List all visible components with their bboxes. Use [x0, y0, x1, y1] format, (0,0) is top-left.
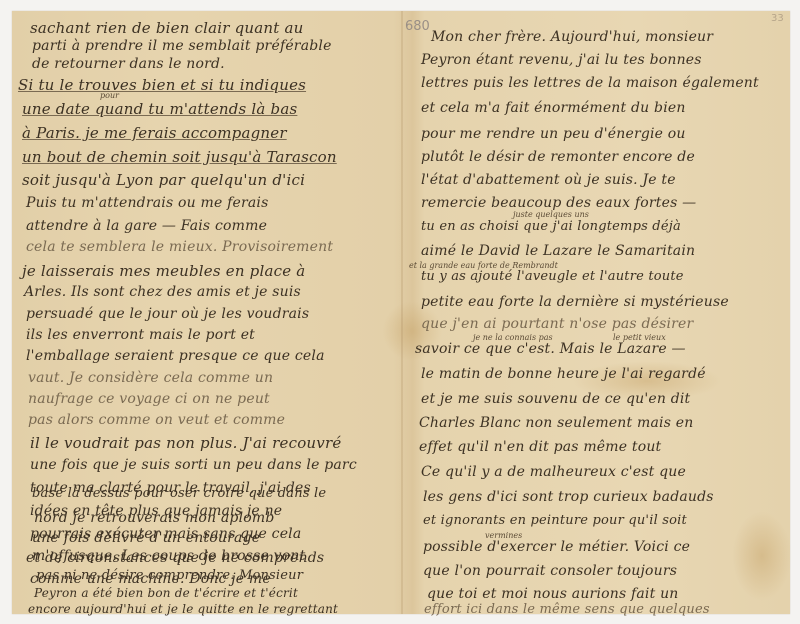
text-line: il le voudrait pas non plus. J'ai recouv… — [30, 434, 341, 452]
text-line: et de circonstances que je ne comprends — [26, 550, 324, 566]
text-line: tu en as choisi que j'ai longtemps déjà — [421, 219, 681, 234]
text-line: pour me rendre un peu d'énergie ou — [421, 126, 686, 142]
text-line: persuadé que le jour où je les voudrais — [26, 306, 309, 322]
text-line: pas ni ne désire comprendre. Monsieur — [36, 568, 303, 583]
text-line: cela te semblera le mieux. Provisoiremen… — [26, 239, 333, 255]
text-line: à Paris. je me ferais accompagner — [22, 124, 287, 142]
text-line: Si tu le trouves bien et si tu indiques — [18, 76, 306, 94]
text-line: les gens d'ici sont trop curieux badauds — [423, 489, 714, 505]
text-line: effet qu'il n'en dit pas même tout — [419, 439, 661, 455]
text-line: parti à prendre il me semblait préférabl… — [32, 38, 332, 54]
text-line: naufrage ce voyage ci on ne peut — [28, 391, 270, 407]
text-line: lettres puis les lettres de la maison ég… — [421, 75, 759, 91]
text-line: ils les enverront mais le port et — [26, 327, 255, 343]
insert-note: pour — [100, 91, 119, 100]
text-line: Peyron a été bien bon de t'écrire et t'é… — [34, 586, 298, 600]
text-line: et je me suis souvenu de ce qu'en dit — [421, 391, 690, 407]
text-line: Puis tu m'attendrais ou me ferais — [26, 195, 268, 211]
text-line: vaut. Je considère cela comme un — [28, 370, 273, 386]
text-line: plutôt le désir de remonter encore de — [421, 149, 695, 165]
text-line: une date quand tu m'attends là bas — [22, 100, 297, 118]
text-line: et ignorants en peinture pour qu'il soit — [423, 513, 687, 528]
text-line: et cela m'a fait énormément du bien — [421, 100, 686, 116]
text-line: Mon cher frère. Aujourd'hui, monsieur — [431, 29, 713, 45]
text-line: un bout de chemin soit jusqu'à Tarascon — [22, 148, 337, 166]
text-line: Ce qu'il y a de malheureux c'est que — [421, 464, 686, 480]
text-line: nord je retrouverais mon aplomb — [34, 510, 275, 526]
insert-note: juste quelques uns — [513, 210, 589, 219]
text-line: Charles Blanc non seulement mais en — [419, 415, 693, 431]
text-line: je laisserais mes meubles en place à — [22, 262, 305, 280]
text-line: effort ici dans le même sens que quelque… — [424, 602, 710, 617]
text-line: aimé le David le Lazare le Samaritain — [421, 243, 695, 259]
text-line: remercie beaucoup des eaux fortes — — [421, 195, 696, 211]
text-line: tu y as ajouté l'aveugle et l'autre tout… — [421, 269, 684, 284]
text-line: que l'on pourrait consoler toujours — [423, 563, 677, 579]
text-line: savoir ce que c'est. Mais le Lazare — — [415, 341, 686, 357]
text-line: que j'en ai pourtant n'ose pas désirer — [421, 316, 693, 332]
text-line: l'état d'abattement où je suis. Je te — [421, 172, 676, 188]
text-line: attendre à la gare — Fais comme — [26, 218, 267, 234]
text-line: de retourner dans le nord. — [32, 56, 225, 72]
text-line: base là dessus pour oser croire que dans… — [32, 486, 326, 501]
text-line: petite eau forte la dernière si mystérie… — [421, 294, 729, 310]
page-number: 33 — [771, 13, 784, 24]
text-line: que toi et moi nous aurions fait un — [427, 586, 679, 602]
text-line: l'emballage seraient presque ce que cela — [26, 348, 325, 364]
text-line: Peyron étant revenu, j'ai lu tes bonnes — [421, 52, 702, 68]
text-line: une fois délivré d'un entourage — [32, 530, 260, 546]
archive-number: 680 — [405, 19, 430, 34]
text-line: une fois que je suis sorti un peu dans l… — [30, 457, 357, 473]
text-line: sachant rien de bien clair quant au — [30, 19, 303, 37]
right-page: 680 33 Mon cher frère. Aujourd'hui, mons… — [403, 11, 790, 614]
text-line: Arles. Ils sont chez des amis et je suis — [24, 284, 301, 300]
text-line: encore aujourd'hui et je le quitte en le… — [28, 602, 338, 616]
text-line: soit jusqu'à Lyon par quelqu'un d'ici — [22, 171, 305, 189]
text-line: pas alors comme on veut et comme — [28, 412, 285, 428]
text-line: le matin de bonne heure je l'ai regardé — [421, 366, 706, 382]
text-line: possible d'exercer le métier. Voici ce — [423, 539, 690, 555]
